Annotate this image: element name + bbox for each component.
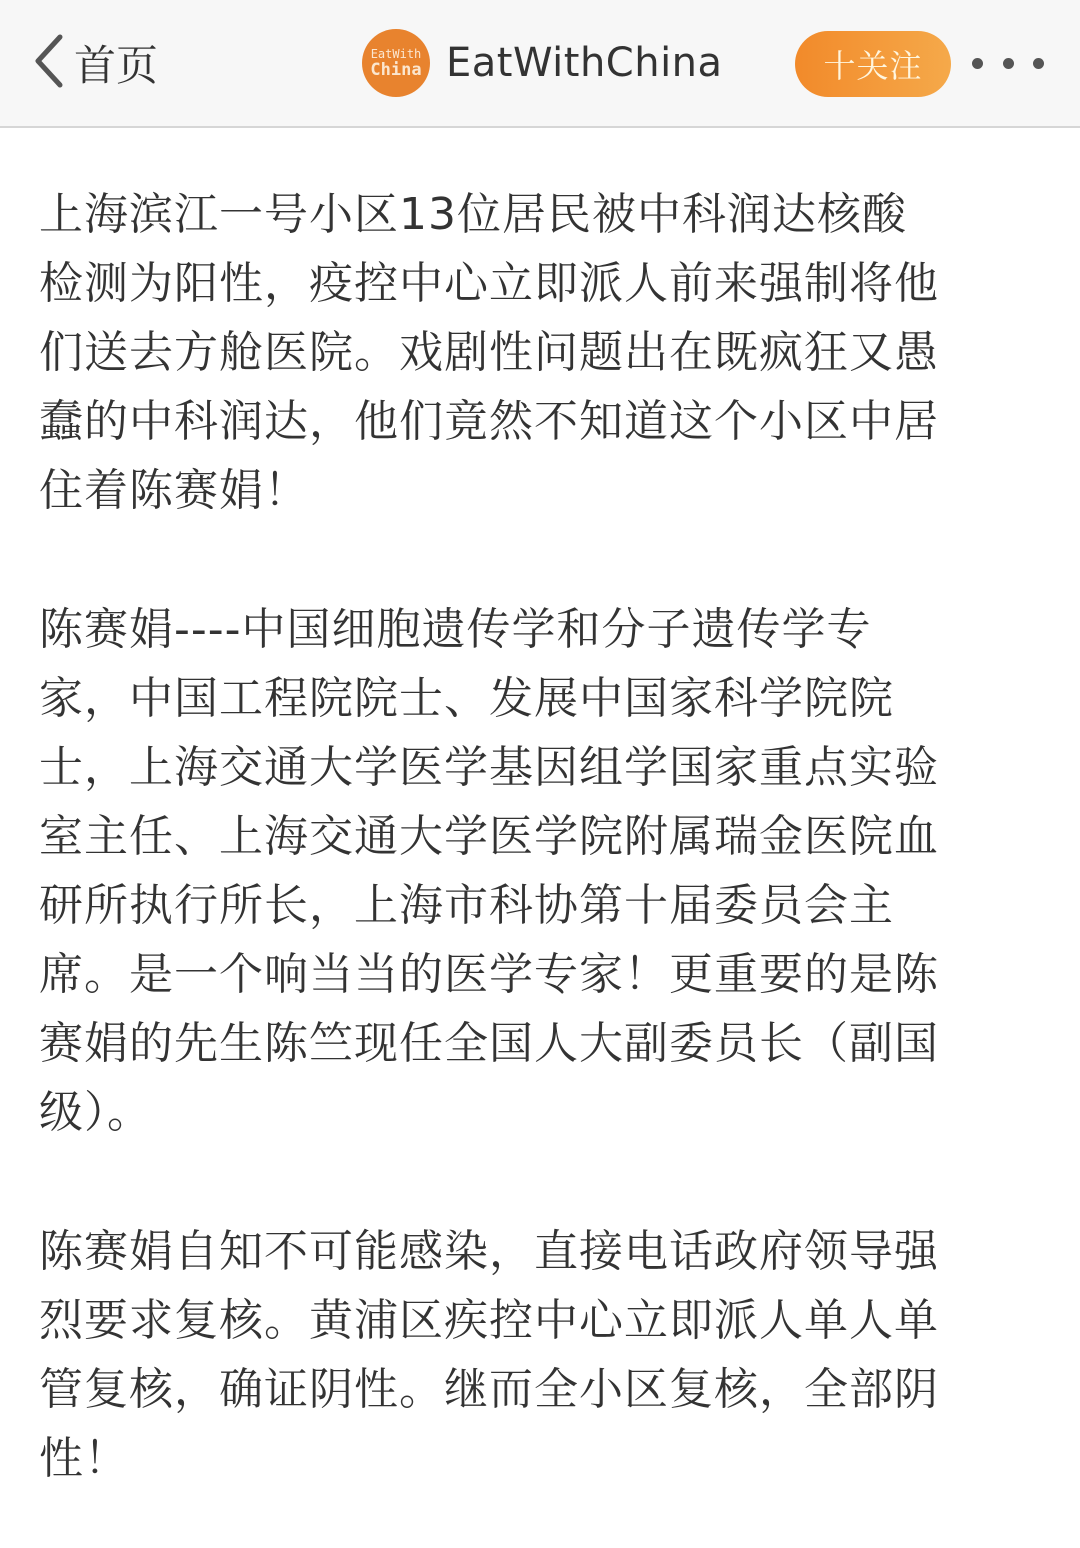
paragraph-1: 上海滨江一号小区13位居民被中科润达核酸 检测为阳性，疫控中心立即派人前来强制将…	[39, 180, 1049, 525]
logo-text-bottom: China	[370, 62, 421, 79]
text-line: 赛娟的先生陈竺现任全国人大副委员长（副国	[39, 1009, 1049, 1078]
account-info[interactable]: EatWith China EatWithChina	[362, 29, 723, 97]
back-label: 首页	[74, 33, 158, 93]
text-line: 研所执行所长，上海市科协第十届委员会主	[39, 871, 1049, 940]
ellipsis-icon-dot	[1033, 58, 1044, 69]
post-body: 上海滨江一号小区13位居民被中科润达核酸 检测为阳性，疫控中心立即派人前来强制将…	[39, 180, 1049, 1493]
paragraph-2: 陈赛娟----中国细胞遗传学和分子遗传学专 家，中国工程院院士、发展中国家科学院…	[39, 595, 1049, 1147]
chevron-left-icon	[30, 31, 66, 95]
text-line: 家，中国工程院院士、发展中国家科学院院	[39, 664, 1049, 733]
text-line: 性！	[39, 1424, 1049, 1493]
text-line: 检测为阳性，疫控中心立即派人前来强制将他	[39, 249, 1049, 318]
top-navigation-bar: 首页 EatWith China EatWithChina 十关注	[0, 0, 1080, 128]
account-name[interactable]: EatWithChina	[446, 40, 723, 86]
text-line: 蠢的中科润达，他们竟然不知道这个小区中居	[39, 387, 1049, 456]
follow-button[interactable]: 十关注	[795, 31, 951, 97]
ellipsis-icon-dot	[1003, 58, 1014, 69]
text-line: 上海滨江一号小区13位居民被中科润达核酸	[39, 180, 1049, 249]
more-options-button[interactable]	[972, 52, 1044, 74]
text-line: 陈赛娟自知不可能感染，直接电话政府领导强	[39, 1217, 1049, 1286]
text-line: 级）。	[39, 1078, 1049, 1147]
text-line: 住着陈赛娟！	[39, 456, 1049, 525]
text-line: 陈赛娟----中国细胞遗传学和分子遗传学专	[39, 595, 1049, 664]
paragraph-3: 陈赛娟自知不可能感染，直接电话政府领导强 烈要求复核。黄浦区疾控中心立即派人单人…	[39, 1217, 1049, 1493]
text-line: 席。是一个响当当的医学专家！更重要的是陈	[39, 940, 1049, 1009]
text-line: 们送去方舱医院。戏剧性问题出在既疯狂又愚	[39, 318, 1049, 387]
ellipsis-icon-dot	[972, 58, 983, 69]
text-line: 烈要求复核。黄浦区疾控中心立即派人单人单	[39, 1286, 1049, 1355]
text-line: 管复核，确证阴性。继而全小区复核，全部阴	[39, 1355, 1049, 1424]
back-button[interactable]: 首页	[30, 30, 158, 96]
text-line: 室主任、上海交通大学医学院附属瑞金医院血	[39, 802, 1049, 871]
account-avatar[interactable]: EatWith China	[362, 29, 430, 97]
logo-text-top: EatWith	[371, 48, 422, 60]
text-line: 士，上海交通大学医学基因组学国家重点实验	[39, 733, 1049, 802]
